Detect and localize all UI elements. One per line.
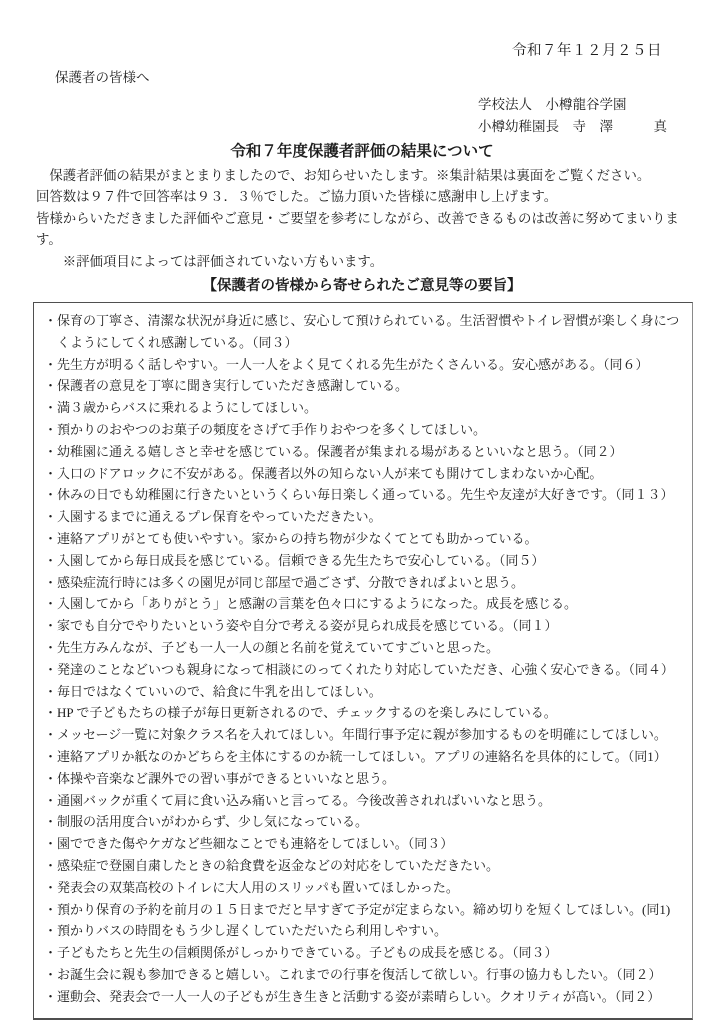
- comment-item: ・制服の活用度合いがわからず、少し気になっている。: [44, 811, 680, 833]
- intro-paragraphs: 保護者評価の結果がまとまりましたので、お知らせいたします。※集計結果は裏面をご覧…: [36, 165, 692, 272]
- intro-line: 皆様からいただきました評価やご意見・ご要望を参考にしながら、改善できるものは改善…: [36, 208, 692, 251]
- intro-line: 回答数は９７件で回答率は９３．３％でした。ご協力頂いた皆様に感謝申し上げます。: [36, 186, 692, 207]
- comment-item: ・HP で子どもたちの様子が毎日更新されるので、チェックするのを楽しみにしている…: [44, 702, 680, 724]
- comment-item: ・発達のことなどいつも親身になって相談にのってくれたり対応していただき、心強く安…: [44, 659, 680, 681]
- comment-item: ・毎日ではなくていいので、給食に牛乳を出してほしい。: [44, 681, 680, 703]
- document-page: 令和７年１２月２５日 保護者の皆様へ 学校法人 小樽龍谷学園 小樽幼稚園長 寺 …: [0, 0, 724, 1024]
- comment-item: ・発表会の双葉高校のトイレに大人用のスリッパも置いてほしかった。: [44, 877, 680, 899]
- comment-item: ・入口のドアロックに不安がある。保護者以外の知らない人が来ても開けてしまわないか…: [44, 463, 680, 485]
- document-title: 令和７年度保護者評価の結果について: [0, 142, 724, 162]
- comment-item: ・預かりバスの時間をもう少し遅くしていただいたら利用しやすい。: [44, 920, 680, 942]
- comment-item: ・家でも自分でやりたいという姿や自分で考える姿が見られ成長を感じている。（同１）: [44, 615, 680, 637]
- section-heading: 【保護者の皆様から寄せられたご意見等の要旨】: [0, 276, 724, 296]
- comments-box: ・保育の丁寧さ、清潔な状況が身近に感じ、安心して預けられている。生活習慣やトイレ…: [33, 302, 693, 1020]
- sender-principal: 小樽幼稚園長 寺 澤 真: [478, 116, 724, 138]
- comment-item: ・お誕生会に親も参加できると嬉しい。これまでの行事を復活して欲しい。行事の協力も…: [44, 964, 680, 986]
- comment-item: ・入園してから毎日成長を感じている。信頼できる先生たちで安心している。（同５）: [44, 550, 680, 572]
- salutation: 保護者の皆様へ: [55, 69, 724, 87]
- comment-item: ・連絡アプリか紙なのかどちらを主体にするのか統一してほしい。アプリの連絡名を具体…: [44, 746, 680, 768]
- comment-item: ・園でできた傷やケガなど些細なことでも連絡をしてほしい。（同３）: [44, 833, 680, 855]
- date-line: 令和７年１２月２５日: [0, 0, 724, 60]
- comment-item: ・通園バックが重くて肩に食い込み痛いと言ってる。今後改善されればいいなと思う。: [44, 790, 680, 812]
- comment-item: ・運動会、発表会で一人一人の子どもが生き生きと活動する姿が素晴らしい。クオリティ…: [44, 986, 680, 1008]
- comment-item: ・幼稚園に通える嬉しさと幸せを感じている。保護者が集まれる場があるといいなと思う…: [44, 441, 680, 463]
- comment-item: ・預かりのおやつのお菓子の頻度をさげて手作りおやつを多くしてほしい。: [44, 419, 680, 441]
- intro-line: ※評価項目によっては評価されていない方もいます。: [36, 251, 692, 272]
- comment-item: ・入園してから「ありがとう」と感謝の言葉を色々口にするようになった。成長を感じる…: [44, 593, 680, 615]
- comment-item: ・満３歳からバスに乗れるようにしてほしい。: [44, 397, 680, 419]
- comment-item: ・入園するまでに通えるプレ保育をやっていただきたい。: [44, 506, 680, 528]
- comment-item: ・感染症流行時には多くの園児が同じ部屋で過ごさず、分散できればよいと思う。: [44, 572, 680, 594]
- comment-item: ・先生方みんなが、子ども一人一人の顔と名前を覚えていてすごいと思った。: [44, 637, 680, 659]
- comment-item: ・メッセージ一覧に対象クラス名を入れてほしい。年間行事予定に親が参加するものを明…: [44, 724, 680, 746]
- comment-item: ・休みの日でも幼稚園に行きたいというくらい毎日楽しく通っている。先生や友達が大好…: [44, 484, 680, 506]
- comment-item: ・感染症で登園自粛したときの給食費を返金などの対応をしていただきたい。: [44, 855, 680, 877]
- comment-item: ・保護者の意見を丁寧に聞き実行していただき感謝している。: [44, 375, 680, 397]
- comment-item: ・先生方が明るく話しやすい。一人一人をよく見てくれる先生がたくさんいる。安心感が…: [44, 354, 680, 376]
- comments-list: ・保育の丁寧さ、清潔な状況が身近に感じ、安心して預けられている。生活習慣やトイレ…: [44, 310, 680, 1008]
- sender-block: 学校法人 小樽龍谷学園 小樽幼稚園長 寺 澤 真: [478, 94, 724, 137]
- comment-item: ・子どもたちと先生の信頼関係がしっかりできている。子どもの成長を感じる。（同３）: [44, 942, 680, 964]
- comment-item: ・保育の丁寧さ、清潔な状況が身近に感じ、安心して預けられている。生活習慣やトイレ…: [44, 310, 680, 354]
- intro-line: 保護者評価の結果がまとまりましたので、お知らせいたします。※集計結果は裏面をご覧…: [36, 165, 692, 186]
- comment-item: ・連絡アプリがとても使いやすい。家からの持ち物が少なくてとても助かっている。: [44, 528, 680, 550]
- comment-item: ・体操や音楽など課外での習い事ができるといいなと思う。: [44, 768, 680, 790]
- sender-organization: 学校法人 小樽龍谷学園: [478, 94, 724, 116]
- comment-item: ・預かり保育の予約を前月の１５日までだと早すぎて予定が定まらない。締め切りを短く…: [44, 899, 680, 921]
